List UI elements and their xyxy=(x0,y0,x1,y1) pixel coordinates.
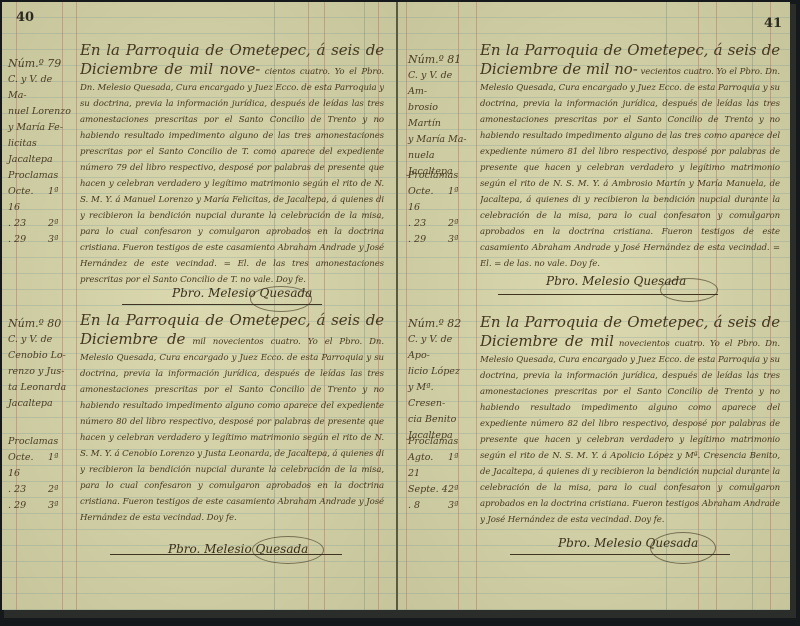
entry-names: Jacaltepa xyxy=(8,152,72,168)
entry-margin: Núm.º 80 C. y V. de Cenobio Lo- renzo y … xyxy=(8,316,72,412)
proclama-date: . 29 xyxy=(8,498,48,514)
entry-names: y María Ma- xyxy=(408,132,472,148)
entry-number: Núm.º 82 xyxy=(408,316,472,332)
proclama-ordinal: 1ª xyxy=(48,450,59,482)
entry-text: En la Parroquia de Ometepec, á seis de D… xyxy=(480,42,780,272)
signature-flourish xyxy=(660,278,718,302)
proclama-date: Octe. 16 xyxy=(8,184,48,216)
signature-flourish xyxy=(250,286,312,312)
entry-number: Núm.º 81 xyxy=(408,52,472,68)
proclama-ordinal: 3ª xyxy=(48,498,59,514)
entry-names: brosio Martín xyxy=(408,100,472,132)
proclama-date: Octe. 16 xyxy=(8,450,48,482)
right-page: 41 Núm.º 81 C. y V. de Am- brosio Martín… xyxy=(398,2,790,610)
entry-names: Cenobio Lo- xyxy=(8,348,72,364)
entry-names: y María Fe- xyxy=(8,120,72,136)
proclamas: Proclamas Agto. 211ª Septe. 42ª . 83ª xyxy=(408,434,478,514)
entry-margin: Núm.º 82 C. y V. de Apo- licio López y M… xyxy=(408,316,472,444)
entry-names: licio López xyxy=(408,364,472,380)
entry-body: vecientos cuatro. Yo el Pbro. Dn. Melesi… xyxy=(480,67,780,269)
page-number: 40 xyxy=(16,10,34,25)
proclamas-label: Proclamas xyxy=(408,168,478,184)
proclama-date: . 23 xyxy=(8,216,48,232)
entry-margin: Núm.º 81 C. y V. de Am- brosio Martín y … xyxy=(408,52,472,180)
entry-body: mil novecientos cuatro. Yo el Pbro. Dn. … xyxy=(80,337,384,523)
entry-text: En la Parroquia de Ometepec, á seis de D… xyxy=(480,314,780,528)
proclamas-label: Proclamas xyxy=(408,434,478,450)
entry-body: novecientos cuatro. Yo el Pbro. Dn. Mele… xyxy=(480,339,780,525)
left-page: 40 Núm.º 79 C. y V. de Ma- nuel Lorenzo … xyxy=(2,2,396,610)
proclamas: Proclamas Octe. 161ª . 232ª . 293ª xyxy=(8,434,78,514)
entry-margin: Núm.º 79 C. y V. de Ma- nuel Lorenzo y M… xyxy=(8,56,72,168)
signature-flourish xyxy=(252,536,324,564)
proclama-ordinal: 1ª xyxy=(448,184,459,216)
signature-flourish xyxy=(650,532,716,564)
proclama-date: . 23 xyxy=(8,482,48,498)
entry-names: C. y V. de Am- xyxy=(408,68,472,100)
entry-names: C. y V. de xyxy=(8,332,72,348)
proclama-ordinal: 3ª xyxy=(448,232,459,248)
entry-names: nuel Lorenzo xyxy=(8,104,72,120)
proclama-ordinal: 2ª xyxy=(448,216,459,232)
entry-names: cia Benito xyxy=(408,412,472,428)
proclamas-label: Proclamas xyxy=(8,434,78,450)
entry-number: Núm.º 79 xyxy=(8,56,72,72)
proclamas: Proclamas Octe. 161ª . 232ª . 293ª xyxy=(408,168,478,248)
proclama-ordinal: 2ª xyxy=(448,482,459,498)
entry-names: renzo y Jus- xyxy=(8,364,72,380)
margin-rule xyxy=(406,2,407,610)
proclamas-label: Proclamas xyxy=(8,168,78,184)
page-number: 41 xyxy=(764,16,782,31)
proclama-date: Septe. 4 xyxy=(408,482,448,498)
margin-rule xyxy=(476,2,477,610)
proclama-date: . 29 xyxy=(408,232,448,248)
proclama-ordinal: 3ª xyxy=(48,232,59,248)
entry-names: y Mª. Cresen- xyxy=(408,380,472,412)
proclama-date: Octe. 16 xyxy=(408,184,448,216)
entry-names: nuela xyxy=(408,148,472,164)
entry-text: En la Parroquia de Ometepec, á seis de D… xyxy=(80,312,384,544)
entry-names: Jacaltepa xyxy=(8,396,72,412)
proclama-ordinal: 2ª xyxy=(48,216,59,232)
entry-names: C. y V. de Ma- xyxy=(8,72,72,104)
entry-names: ta Leonarda xyxy=(8,380,72,396)
proclama-date: . 29 xyxy=(8,232,48,248)
proclama-ordinal: 3ª xyxy=(448,498,459,514)
proclamas: Proclamas Octe. 161ª . 232ª . 293ª xyxy=(8,168,78,248)
entry-names: C. y V. de Apo- xyxy=(408,332,472,364)
proclama-date: . 8 xyxy=(408,498,448,514)
entry-body: cientos cuatro. Yo el Pbro. Dn. Melesio … xyxy=(80,67,384,285)
entry-names: licitas xyxy=(8,136,72,152)
proclama-ordinal: 1ª xyxy=(48,184,59,216)
proclama-date: Agto. 21 xyxy=(408,450,448,482)
margin-rule xyxy=(76,2,77,610)
proclama-ordinal: 1ª xyxy=(448,450,459,482)
proclama-ordinal: 2ª xyxy=(48,482,59,498)
entry-text: En la Parroquia de Ometepec, á seis de D… xyxy=(80,42,384,292)
entry-number: Núm.º 80 xyxy=(8,316,72,332)
proclama-date: . 23 xyxy=(408,216,448,232)
